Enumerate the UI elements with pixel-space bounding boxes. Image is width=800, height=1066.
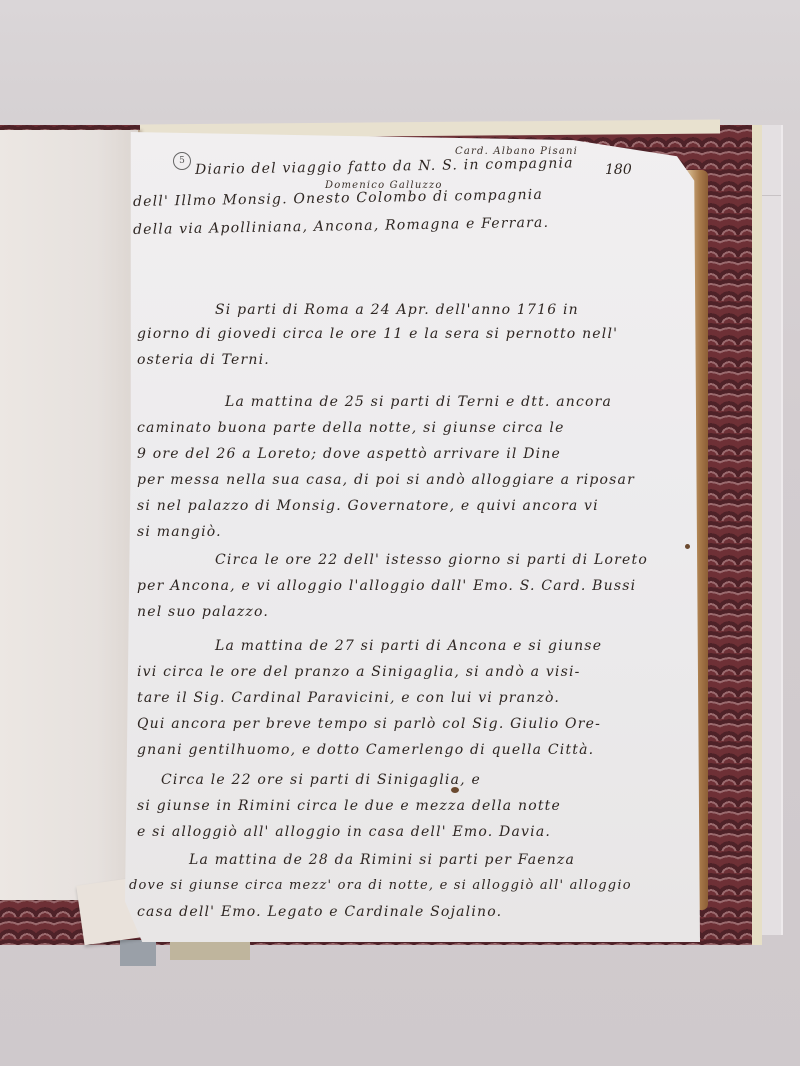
ink-blot bbox=[451, 787, 459, 793]
text-line: si nel palazzo di Monsig. Governatore, e… bbox=[137, 498, 599, 514]
text-line: osteria di Terni. bbox=[137, 352, 270, 368]
text-line: 9 ore del 26 a Loreto; dove aspettò arri… bbox=[137, 446, 561, 462]
ink-blot bbox=[685, 544, 690, 549]
text-line: si giunse in Rimini circa le due e mezza… bbox=[137, 798, 561, 814]
heading-interlinear-1: Card. Albano Pisani bbox=[455, 146, 578, 157]
text-line: Si parti di Roma a 24 Apr. dell'anno 171… bbox=[215, 302, 579, 318]
heading-line-3: della via Apolliniana, Ancona, Romagna e… bbox=[133, 215, 549, 238]
flyleaf-page bbox=[0, 130, 140, 900]
paper-tab bbox=[120, 940, 156, 966]
heading-line-1: Diario del viaggio fatto da N. S. in com… bbox=[195, 155, 574, 178]
text-line: La mattina de 28 da Rimini si parti per … bbox=[189, 852, 575, 868]
text-line: e si alloggiò all' alloggio in casa dell… bbox=[137, 824, 551, 840]
text-line: si mangiò. bbox=[137, 524, 222, 540]
text-line: caminato buona parte della notte, si giu… bbox=[137, 420, 565, 436]
text-line: nel suo palazzo. bbox=[137, 604, 269, 620]
text-line: La mattina de 25 si parti di Terni e dtt… bbox=[225, 394, 612, 410]
text-line: giorno di giovedi circa le ore 11 e la s… bbox=[137, 326, 618, 342]
text-line: per Ancona, e vi alloggio l'alloggio dal… bbox=[137, 578, 636, 594]
text-line: La mattina de 27 si parti di Ancona e si… bbox=[215, 638, 602, 654]
text-line: tare il Sig. Cardinal Paravicini, e con … bbox=[137, 690, 560, 706]
background-surface bbox=[0, 0, 800, 120]
folio-mark: 5 bbox=[173, 152, 191, 170]
text-line: per messa nella sua casa, di poi si andò… bbox=[137, 472, 635, 488]
text-line: casa dell' Emo. Legato e Cardinale Sojal… bbox=[137, 904, 502, 920]
text-line: dove si giunse circa mezz' ora di notte,… bbox=[129, 878, 632, 893]
page-number: 180 bbox=[605, 162, 632, 178]
text-line: Qui ancora per breve tempo si parlò col … bbox=[137, 716, 601, 732]
manuscript-page: 5 180 Diario del viaggio fatto da N. S. … bbox=[125, 132, 700, 942]
text-line: gnani gentilhuomo, e dotto Camerlengo di… bbox=[137, 742, 594, 758]
text-line: Circa le ore 22 dell' istesso giorno si … bbox=[215, 552, 648, 568]
text-line: Circa le 22 ore si parti di Sinigaglia, … bbox=[161, 772, 481, 788]
text-line: ivi circa le ore del pranzo a Sinigaglia… bbox=[137, 664, 581, 680]
heading-line-2: dell' Illmo Monsig. Onesto Colombo di co… bbox=[133, 187, 543, 210]
spine-board bbox=[170, 942, 250, 960]
